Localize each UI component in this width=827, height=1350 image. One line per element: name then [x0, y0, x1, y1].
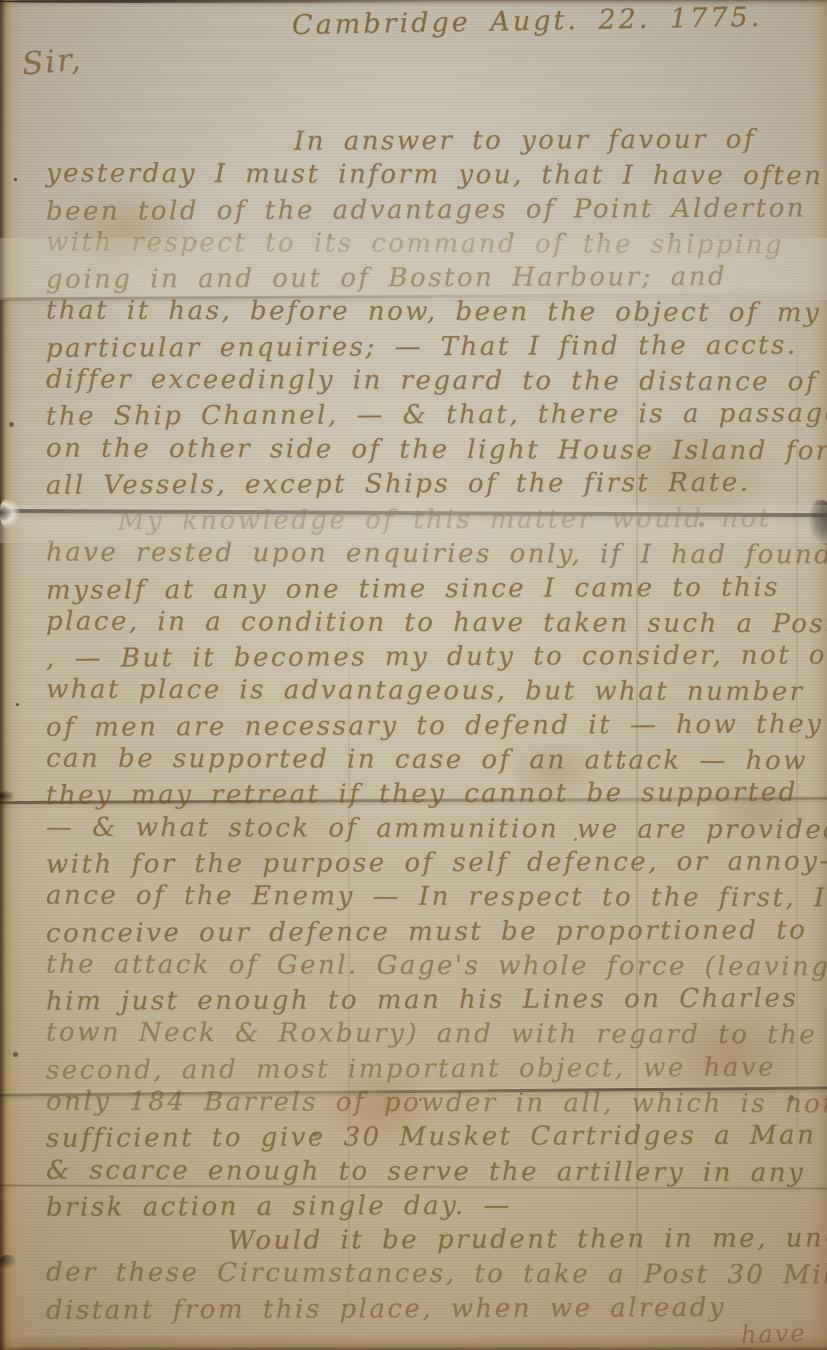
letter-line: Would it be prudent then in me, un-	[46, 1221, 827, 1259]
paper-edge-nick	[0, 1255, 16, 1269]
letter-line: ance of the Enemy — In respect to the fi…	[46, 879, 827, 916]
letter-line: — & what stock of ammunition we are prov…	[46, 810, 827, 847]
letter-line: only 184 Barrels of powder in all, which…	[46, 1085, 827, 1122]
letter-line: been told of the advantages of Point Ald…	[46, 191, 827, 229]
letter-line: what place is advantageous, but what num…	[46, 673, 827, 710]
letter-dateline: Cambridge Augt. 22. 1775.	[292, 2, 763, 41]
letter-line: on the other side of the light House Isl…	[46, 431, 827, 468]
letter-line: differ exceedingly in regard to the dist…	[46, 363, 827, 400]
letter-line: they may retreat if they cannot be suppo…	[46, 776, 827, 814]
paper-edge-tear	[0, 498, 20, 528]
letter-line: the attack of Genl. Gage's whole force (…	[46, 947, 827, 984]
letter-line: going in and out of Boston Harbour; and	[46, 259, 827, 297]
paper-top-edge-tear	[0, 0, 460, 3]
letter-line: place, in a condition to have taken such…	[46, 604, 827, 641]
letter-catchword: have	[741, 1319, 807, 1349]
letter-line: that it has, before now, been the object…	[46, 294, 827, 331]
letter-line: myself at any one time since I came to t…	[46, 570, 827, 608]
letter-line: have rested upon enquiries only, if I ha…	[46, 536, 827, 573]
letter-line: sufficient to give 30 Musket Cartridges …	[46, 1119, 827, 1157]
letter-salutation: Sir,	[21, 41, 84, 82]
letter-line: with respect to its command of the shipp…	[46, 225, 827, 262]
letter-line: the Ship Channel, — & that, there is a p…	[46, 397, 827, 435]
letter-line: My knowledge of this matter would not	[46, 501, 827, 539]
letter-line: der these Circumstances, to take a Post …	[46, 1256, 827, 1293]
letter-line: second, and most important object, we ha…	[46, 1050, 827, 1088]
letter-line: distant from this place, when we already	[46, 1290, 827, 1328]
letter-line: conceive our defence must be proportione…	[46, 913, 827, 951]
letter-line: yesterday I must inform you, that I have…	[46, 157, 827, 194]
letter-paragraph-2: My knowledge of this matter would not ha…	[46, 503, 827, 1223]
letter-line: all Vessels, except Ships of the first R…	[46, 465, 827, 503]
letter-line: , — But it becomes my duty to consider, …	[46, 638, 827, 676]
ink-specks	[14, 178, 17, 181]
letter-line: & scarce enough to serve the artillery i…	[46, 1153, 827, 1190]
letter-line: him just enough to man his Lines on Char…	[46, 981, 827, 1019]
letter-paragraph-1: In answer to your favour of yesterday I …	[46, 124, 827, 501]
letter-line: of men are necessary to defend it — how …	[46, 707, 827, 745]
letter-line: particular enquiries; — That I find the …	[46, 328, 827, 366]
letter-line: brisk action a single day. —	[46, 1187, 827, 1225]
letter-line: town Neck & Roxbury) and with regard to …	[46, 1016, 827, 1053]
letter-line: with for the purpose of self defence, or…	[46, 844, 827, 882]
letter-line: In answer to your favour of	[46, 122, 827, 160]
manuscript-page: Cambridge Augt. 22. 1775. Sir, In answer…	[0, 0, 827, 1350]
letter-paragraph-3: Would it be prudent then in me, un- der …	[46, 1223, 827, 1326]
letter-line: can be supported in case of an attack — …	[46, 742, 827, 779]
paper-edge-nick	[0, 790, 14, 802]
